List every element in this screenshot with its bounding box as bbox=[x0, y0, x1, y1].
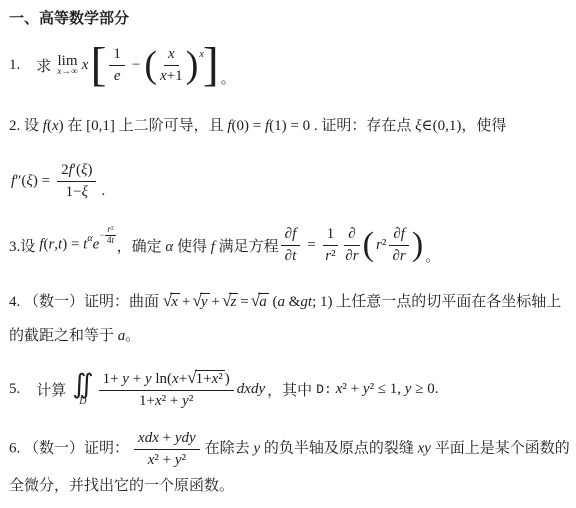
fraction-numerator: 1+ y + y ln(x+√1+x²) bbox=[99, 367, 234, 391]
fraction-numerator: 1 bbox=[323, 225, 339, 246]
formula-lhs: f″(ξ) = bbox=[11, 173, 50, 190]
exponent-x: x bbox=[199, 49, 203, 60]
problem-1-number: 1. bbox=[9, 57, 20, 74]
radical-z: √z bbox=[222, 284, 238, 319]
radical-y: √y bbox=[192, 284, 209, 319]
partial-df-dt: ∂f ∂t bbox=[281, 225, 301, 266]
problem-6: 6. （数一）证明：xdx + ydyx² + y²在除去 y 的负半轴及原点的… bbox=[9, 429, 570, 503]
radicand: a bbox=[258, 293, 269, 310]
plus-operator: + bbox=[182, 294, 190, 310]
fraction-numerator: ∂ bbox=[344, 225, 359, 246]
problem-1: 1. 求 lim x→∞ x [ 1 e − ( x x+1 )x ] 。 bbox=[9, 38, 570, 92]
double-integral: ∬ D bbox=[72, 371, 93, 407]
differential-dxdy: dxdy bbox=[237, 381, 265, 398]
partial-df-dr: ∂f ∂r bbox=[389, 225, 409, 266]
function-definition: f(r,t) = tαe−r²4t bbox=[39, 235, 116, 256]
fraction-numerator: xdx + ydy bbox=[134, 429, 200, 450]
problem-6-lead: 6. （数一）证明： bbox=[9, 441, 129, 457]
minus-operator: − bbox=[132, 57, 140, 74]
sentence-period: 。 bbox=[221, 67, 236, 88]
fraction-numerator: ∂f bbox=[281, 225, 301, 246]
problem-3: 3.设 f(r,t) = tαe−r²4t ，确定 α 使得 f 满足方程 ∂f… bbox=[9, 220, 570, 270]
fraction-denominator: ∂r bbox=[345, 246, 358, 266]
document-page: 一、高等数学部分 1. 求 lim x→∞ x [ 1 e − ( x x+1 … bbox=[0, 0, 576, 508]
radical-a: √a bbox=[251, 284, 269, 319]
exponent-minus: − bbox=[99, 230, 104, 240]
problem-3-text: ，确定 α 使得 f 满足方程 bbox=[117, 235, 279, 256]
function-body: f(r,t) = t bbox=[39, 236, 87, 252]
radicand: x bbox=[170, 293, 180, 310]
sentence-period: . bbox=[101, 183, 105, 200]
fraction-denominator: 1+x² + y² bbox=[139, 391, 193, 411]
integral-domain-label: D bbox=[79, 396, 86, 407]
numerator-text: 1+ y + y ln(x+ bbox=[103, 371, 188, 387]
integrand-fraction: 1+ y + y ln(x+√1+x²) 1+x² + y² bbox=[99, 367, 234, 411]
math-variable-x: x bbox=[82, 57, 89, 74]
sentence-period: 。 bbox=[425, 245, 440, 266]
radicand: y bbox=[200, 293, 210, 310]
problem-5-number: 5. bbox=[9, 381, 20, 398]
fraction-denominator: x² + y² bbox=[148, 450, 186, 470]
left-bracket: [ bbox=[90, 41, 106, 89]
fraction-numerator: ∂f bbox=[389, 225, 409, 246]
radical-x: √x bbox=[163, 284, 180, 319]
domain-label: D: bbox=[316, 382, 332, 397]
partial-d-dr: ∂ ∂r bbox=[344, 225, 359, 266]
fraction-1-over-r2: 1 r² bbox=[323, 225, 339, 266]
fraction-denominator: e bbox=[114, 66, 121, 86]
right-paren: ) bbox=[186, 44, 199, 86]
fraction-denominator: 1−ξ bbox=[66, 182, 88, 202]
right-paren: ) bbox=[412, 228, 423, 262]
numerator-close: ) bbox=[225, 371, 230, 387]
alpha-exponent: α bbox=[87, 233, 92, 244]
problem-2-formula: f″(ξ) = 2f′(ξ) 1−ξ . bbox=[9, 158, 570, 204]
e-exponent: −r²4t bbox=[99, 225, 116, 246]
fraction-numerator: x bbox=[164, 45, 179, 66]
left-paren: ( bbox=[144, 46, 157, 84]
limit-subscript: x→∞ bbox=[57, 67, 78, 77]
fraction-denominator: x+1 bbox=[160, 66, 183, 86]
double-integral-sign: ∬ bbox=[72, 371, 93, 398]
problem-3-number: 3.设 bbox=[9, 235, 35, 256]
problem-4: 4. （数一）证明：曲面 √x+√y+√z=√a (a &gt; 1) 上任意一… bbox=[9, 284, 570, 353]
fraction-denominator: ∂r bbox=[392, 246, 405, 266]
e-symbol: e bbox=[93, 236, 100, 252]
fraction-denominator: 4t bbox=[107, 236, 114, 246]
fraction-one-over-e: 1 e bbox=[109, 45, 125, 86]
fraction-x-over-x-plus-1: x x+1 bbox=[160, 45, 183, 86]
problem-2: 2. 设 f(x) 在 [0,1] 上二阶可导，且 f(0) = f(1) = … bbox=[9, 116, 570, 136]
radical-1-plus-x2: √1+x² bbox=[187, 367, 225, 389]
differential-form-fraction: xdx + ydyx² + y² bbox=[134, 429, 200, 470]
plus-operator: + bbox=[212, 294, 220, 310]
radicand: 1+x² bbox=[195, 370, 225, 387]
fraction-denominator: r² bbox=[325, 246, 335, 266]
problem-5-verb: 计算 bbox=[36, 379, 66, 400]
problem-1-verb: 求 bbox=[36, 55, 51, 76]
problem-4-lead: 4. （数一）证明：曲面 bbox=[9, 294, 159, 310]
r-squared-term: r² bbox=[376, 237, 386, 254]
radicand: z bbox=[229, 293, 238, 310]
right-bracket: ] bbox=[203, 41, 219, 89]
problem-5: 5. 计算 ∬ D 1+ y + y ln(x+√1+x²) 1+x² + y²… bbox=[9, 361, 570, 417]
fraction-denominator: ∂t bbox=[285, 246, 297, 266]
domain-condition: x² + y² ≤ 1, y ≥ 0. bbox=[336, 381, 439, 398]
equals-sign: = bbox=[307, 237, 315, 254]
section-title: 一、高等数学部分 bbox=[9, 8, 570, 30]
limit-operator: lim x→∞ bbox=[57, 53, 78, 77]
fraction-numerator: 1 bbox=[109, 45, 125, 66]
fraction-numerator: 2f′(ξ) bbox=[57, 161, 96, 182]
left-paren: ( bbox=[363, 228, 374, 262]
exponent-fraction: r²4t bbox=[105, 225, 115, 246]
fraction: 2f′(ξ) 1−ξ bbox=[57, 161, 96, 202]
paren-with-exponent: )x bbox=[186, 46, 203, 84]
where-label: ，其中 bbox=[267, 379, 312, 400]
equals-sign: = bbox=[240, 294, 248, 310]
